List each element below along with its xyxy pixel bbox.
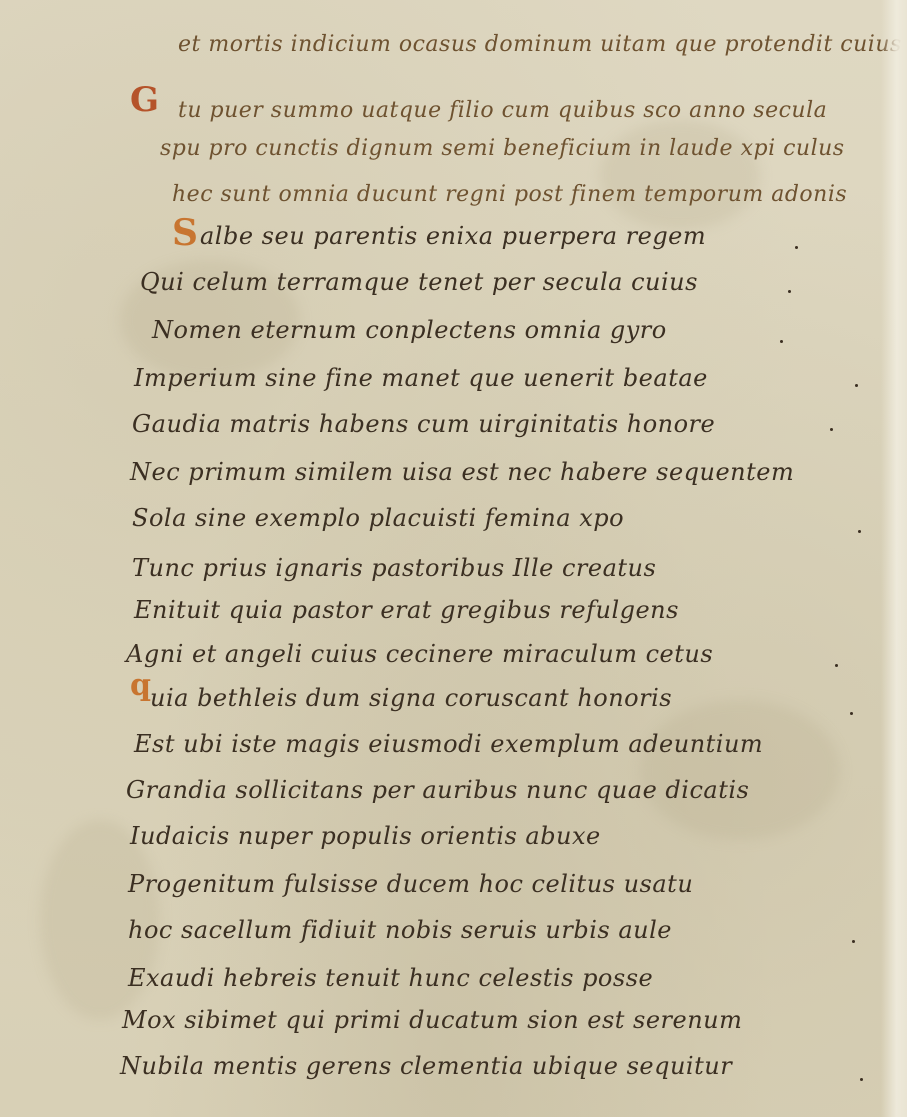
margin-mark: [788, 290, 791, 293]
manuscript-line-14: Agni et angeli cuius cecinere miraculum …: [126, 640, 713, 668]
manuscript-line-19: Progenitum fulsisse ducem hoc celitus us…: [128, 870, 693, 898]
rubric-initial-s: S: [172, 212, 198, 254]
margin-mark: [780, 340, 783, 343]
manuscript-line-2: tu puer summo uatque filio cum quibus sc…: [178, 98, 827, 123]
manuscript-line-20: hoc sacellum fidiuit nobis seruis urbis …: [128, 916, 672, 944]
manuscript-line-15: uia bethleis dum signa coruscant honoris: [150, 684, 672, 712]
manuscript-line-7: Nomen eternum conplectens omnia gyro: [152, 316, 667, 344]
manuscript-line-10: Nec primum similem uisa est nec habere s…: [130, 458, 794, 486]
manuscript-line-12: Tunc prius ignaris pastoribus Ille creat…: [132, 554, 656, 582]
margin-mark: [852, 940, 855, 943]
manuscript-line-21: Exaudi hebreis tenuit hunc celestis poss…: [128, 964, 653, 992]
manuscript-line-1: et mortis indicium ocasus dominum uitam …: [178, 32, 902, 57]
manuscript-line-5: albe seu parentis enixa puerpera regem: [200, 222, 706, 250]
manuscript-line-8: Imperium sine fine manet que uenerit bea…: [134, 364, 708, 392]
parchment-stain: [640, 700, 840, 840]
rubric-initial-g: G: [130, 80, 159, 120]
manuscript-line-6: Qui celum terramque tenet per secula cui…: [140, 268, 698, 296]
manuscript-line-11: Sola sine exemplo placuisti femina xpo: [132, 504, 624, 532]
margin-mark: [795, 246, 798, 249]
manuscript-line-13: Enituit quia pastor erat gregibus refulg…: [134, 596, 679, 624]
manuscript-line-4: hec sunt omnia ducunt regni post finem t…: [172, 182, 847, 207]
manuscript-line-9: Gaudia matris habens cum uirginitatis ho…: [132, 410, 715, 438]
manuscript-page: G S q et mortis indicium ocasus dominum …: [0, 0, 907, 1117]
manuscript-line-17: Grandia sollicitans per auribus nunc qua…: [126, 776, 749, 804]
manuscript-line-23: Nubila mentis gerens clementia ubique se…: [120, 1052, 732, 1080]
margin-mark: [835, 664, 838, 667]
manuscript-line-16: Est ubi iste magis eiusmodi exemplum ade…: [134, 730, 763, 758]
margin-mark: [855, 384, 858, 387]
manuscript-line-3: spu pro cunctis dignum semi beneficium i…: [160, 136, 845, 161]
margin-mark: [858, 530, 861, 533]
rubric-initial-q: q: [130, 668, 151, 703]
manuscript-line-22: Mox sibimet qui primi ducatum sion est s…: [122, 1006, 742, 1034]
margin-mark: [830, 428, 833, 431]
manuscript-line-18: Iudaicis nuper populis orientis abuxe: [130, 822, 601, 850]
margin-mark: [860, 1078, 863, 1081]
margin-mark: [850, 712, 853, 715]
